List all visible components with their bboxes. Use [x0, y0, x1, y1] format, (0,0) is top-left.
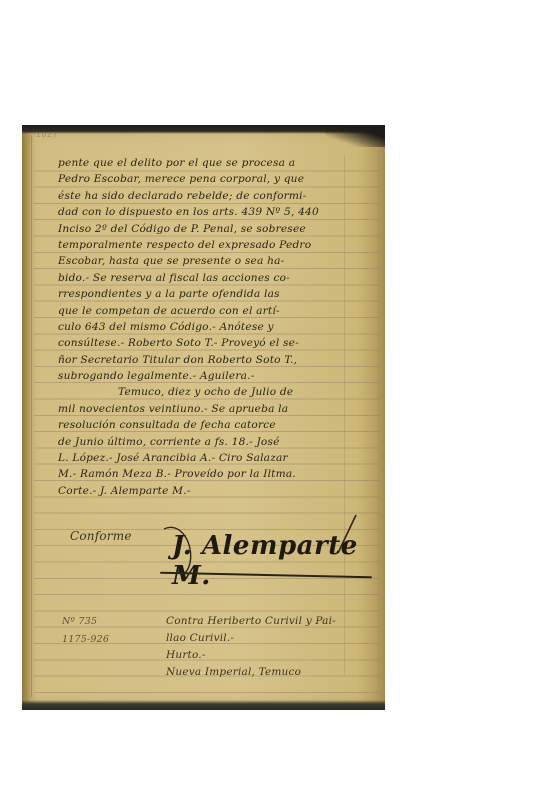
- body-line: L. López.- José Arancibia A.- Ciro Salaz…: [58, 450, 348, 466]
- file-number: 1175-926: [62, 631, 109, 649]
- body-line: culo 643 del mismo Código.- Anótese y: [58, 319, 348, 335]
- book-spine-edge: [22, 125, 30, 710]
- body-line: subrogando legalmente.- Aguilera.-: [58, 368, 348, 384]
- folio-number: 1027: [36, 131, 58, 139]
- case-location: Nueva Imperial, Temuco: [166, 664, 336, 681]
- body-line-date: Temuco, diez y ocho de Julio de: [58, 384, 348, 400]
- body-line: M.- Ramón Meza B.- Proveído por la Iltma…: [58, 466, 348, 482]
- body-line: Corte.- J. Alempartе M.-: [58, 483, 348, 499]
- case-number: Nº 735: [62, 613, 109, 631]
- page-bottom-edge: [22, 700, 385, 710]
- body-line: resolución consultada de fecha catorce: [58, 417, 348, 433]
- body-line: pente que el delito por el que se proces…: [58, 155, 348, 171]
- signature: J. Alemparte M.: [160, 513, 380, 583]
- body-line: Escobar, hasta que se presente o sea ha-: [58, 253, 348, 269]
- body-line: dad con lo dispuesto en los arts. 439 Nº…: [58, 204, 348, 220]
- body-line: de Junio último, corriente a fs. 18.- Jo…: [58, 434, 348, 450]
- case-parties-line: Contra Heriberto Curivil y Pai-: [166, 613, 336, 630]
- body-line: rrespondientes y a la parte ofendida las: [58, 286, 348, 302]
- conforme-note: Conforme: [70, 529, 132, 543]
- handwritten-body: pente que el delito por el que se proces…: [58, 155, 348, 499]
- body-line: mil novecientos veintiuno.- Se aprueba l…: [58, 401, 348, 417]
- margin-annotation-left: Nº 735 1175-926: [62, 613, 109, 649]
- body-line: temporalmente respecto del expresado Ped…: [58, 237, 348, 253]
- body-line: bido.- Se reserva al fiscal las acciones…: [58, 270, 348, 286]
- body-line: Pedro Escobar, merece pena corporal, y q…: [58, 171, 348, 187]
- body-line: consúltese.- Roberto Soto T.- Proveyó el…: [58, 335, 348, 351]
- case-parties-line: llao Curivil.-: [166, 630, 336, 647]
- body-line: Inciso 2º del Código de P. Penal, se sob…: [58, 221, 348, 237]
- margin-annotation-right: Contra Heriberto Curivil y Pai- llao Cur…: [166, 613, 336, 681]
- body-line: que le competan de acuerdo con el artí-: [58, 303, 348, 319]
- case-offense: Hurto.-: [166, 647, 336, 664]
- body-line: éste ha sido declarado rebelde; de confo…: [58, 188, 348, 204]
- signature-text: J. Alemparte M.: [172, 531, 380, 591]
- body-line: ñor Secretario Titular don Roberto Soto …: [58, 352, 348, 368]
- scanned-page: 1027 pente que el delito por el que se p…: [22, 125, 385, 710]
- page-top-edge: [22, 125, 385, 134]
